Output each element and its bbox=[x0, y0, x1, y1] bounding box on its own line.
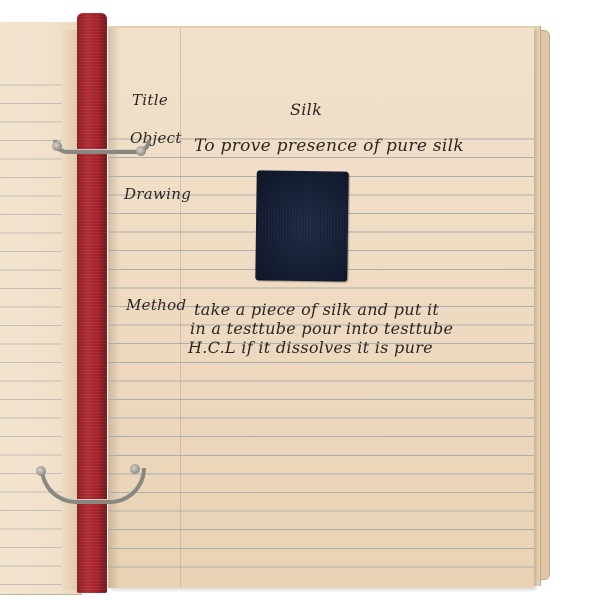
silk-swatch bbox=[255, 170, 349, 281]
ring-top-right-end bbox=[136, 146, 146, 156]
right-page: Title Silk Object To prove presence of p… bbox=[108, 28, 534, 588]
notebook-photo: Title Silk Object To prove presence of p… bbox=[0, 0, 600, 600]
ring-bottom-left-end bbox=[36, 466, 46, 476]
method-line-3: H.C.L if it dissolves it is pure bbox=[188, 338, 433, 357]
drawing-label: Drawing bbox=[124, 185, 191, 203]
method-label: Method bbox=[126, 296, 186, 314]
ring-bottom-right-end bbox=[130, 464, 140, 474]
method-line-2: in a testtube pour into testtube bbox=[190, 319, 453, 338]
ring-top-left-end bbox=[52, 141, 62, 151]
title-label: Title bbox=[132, 91, 168, 109]
method-line-1: take a piece of silk and put it bbox=[194, 300, 439, 319]
red-cloth-spine bbox=[77, 13, 107, 593]
object-value: To prove presence of pure silk bbox=[194, 136, 464, 156]
title-value: Silk bbox=[290, 100, 322, 119]
